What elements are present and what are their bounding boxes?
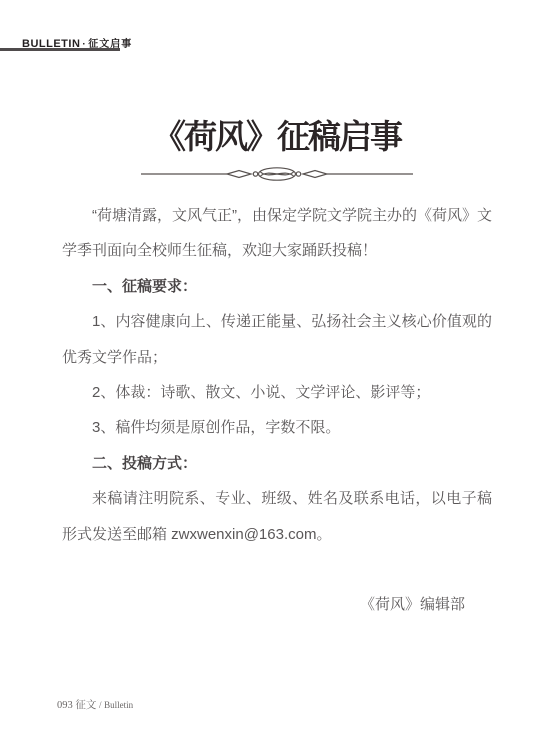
folio-page-number: 093 征文: [57, 700, 96, 711]
folio-slash: /: [99, 700, 102, 710]
section-heading-requirements: 一、征稿要求：: [62, 269, 492, 304]
signature-editorial-dept: 《荷风》编辑部: [360, 593, 465, 614]
list-item-3: 3、稿件均须是原创作品，字数不限。: [62, 410, 492, 445]
page-folio: 093 征文 / Bulletin: [57, 697, 133, 712]
section-heading-submission: 二、投稿方式：: [62, 446, 492, 481]
ornament-divider-icon: [141, 163, 413, 185]
paragraph-intro: “荷塘清露，文风气正”，由保定学院文学院主办的《荷风》文学季刊面向全校师生征稿，…: [62, 198, 492, 269]
list-item-1: 1、内容健康向上、传递正能量、弘扬社会主义核心价值观的优秀文学作品；: [62, 304, 492, 375]
paragraph-submission: 来稿请注明院系、专业、班级、姓名及联系电话，以电子稿形式发送至邮箱 zwxwen…: [62, 481, 492, 552]
list-item-2: 2、体裁：诗歌、散文、小说、文学评论、影评等；: [62, 375, 492, 410]
bulletin-page: BULLETIN·征文启事 《荷风》征稿启事 “荷塘清露，文风气正”，由保定学院…: [0, 0, 554, 746]
header-rule: [0, 48, 120, 51]
article-body: “荷塘清露，文风气正”，由保定学院文学院主办的《荷风》文学季刊面向全校师生征稿，…: [62, 198, 492, 552]
folio-label-en: Bulletin: [104, 700, 133, 710]
page-title: 《荷风》征稿启事: [0, 117, 554, 157]
